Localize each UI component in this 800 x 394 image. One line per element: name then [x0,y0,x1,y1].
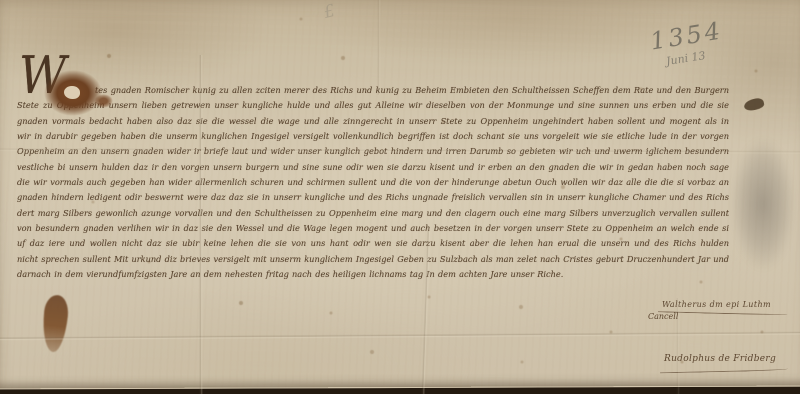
ink-stain-lobe [94,94,113,108]
manuscript-line: von besundern gnaden verlihen wir in daz… [17,221,729,236]
manuscript-line: nicht sprechen sullent Mit urkund diz br… [17,252,729,267]
photo-frame: W tes gnaden Romischer kunig zu allen zc… [0,0,800,394]
manuscript-line: Stete zu Oppenheim unsern lieben getrewe… [17,98,729,113]
manuscript-line: Oppenheim an den unsern gnaden wider ir … [17,144,729,159]
manuscript-line: darnach in dem vierundfumfzigsten Jare a… [17,267,729,282]
manuscript-line: gnaden vormals bedacht haben also daz si… [17,114,729,129]
manuscript-line: vestliche bi unsern hulden daz ir den vo… [17,160,729,175]
manuscript-text-block: tes gnaden Romischer kunig zu allen zcit… [17,83,729,282]
registrar-signature: Rudolphus de Fridberg [664,354,776,364]
parchment-hole [64,86,80,99]
manuscript-line: die wir vormals auch gegeben han wider a… [17,175,729,190]
foxing-spots [0,0,2,2]
ink-stain [44,70,102,116]
damp-stain [731,138,795,270]
manuscript-line: dert marg Silbers gewonlich azunge vorva… [17,206,729,221]
manuscript-line: uf daz iere und wollen nicht daz sie ubi… [17,236,729,251]
chancery-note-line2: Cancell [648,312,678,321]
manuscript-line: gnaden hindern ledigent odir beswernt we… [17,190,729,205]
chancery-note-line1: Waltherus dm epi Luthm [662,300,771,309]
manuscript-line: wir in darubir gegeben haben die unserm … [17,129,729,144]
manuscript-line: tes gnaden Romischer kunig zu allen zcit… [17,83,729,98]
